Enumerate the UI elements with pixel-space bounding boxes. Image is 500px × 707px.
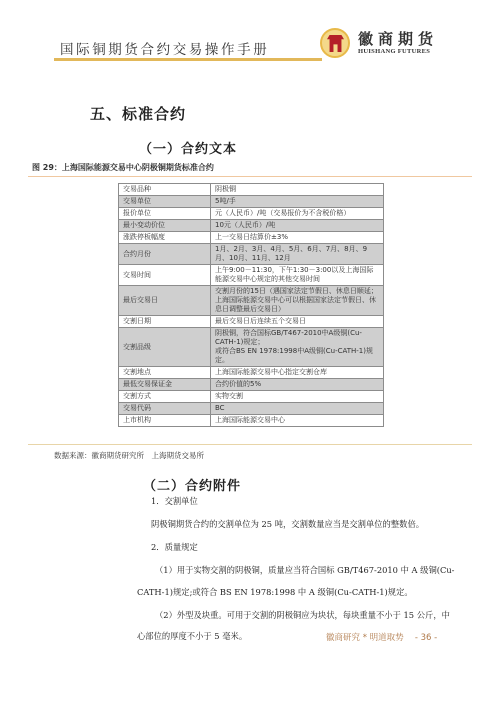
table-row: 交割地点上海国际能源交易中心指定交割仓库 xyxy=(119,367,384,379)
row-key: 最后交易日 xyxy=(119,286,211,316)
row-key: 交割品级 xyxy=(119,328,211,367)
item1-title: 1．交割单位 xyxy=(151,495,198,507)
table-row: 涨跌停板幅度上一交易日结算价±3% xyxy=(119,232,384,244)
table-row: 上市机构上海国际能源交易中心 xyxy=(119,415,384,427)
row-value: 上海国际能源交易中心 xyxy=(211,415,384,427)
contract-table: 交易品种阴极铜交易单位5吨/手报价单位元（人民币）/吨（交易报价为不含税价格）最… xyxy=(118,183,384,427)
row-value: 5吨/手 xyxy=(211,196,384,208)
row-key: 交易品种 xyxy=(119,184,211,196)
table-row: 交易单位5吨/手 xyxy=(119,196,384,208)
table-row: 报价单位元（人民币）/吨（交易报价为不含税价格） xyxy=(119,208,384,220)
row-value: 元（人民币）/吨（交易报价为不含税价格） xyxy=(211,208,384,220)
row-value: 上一交易日结算价±3% xyxy=(211,232,384,244)
table-row: 交割日期最后交易日后连续五个交易日 xyxy=(119,316,384,328)
header-rule xyxy=(54,58,322,61)
row-value: 最后交易日后连续五个交易日 xyxy=(211,316,384,328)
figure-top-rule xyxy=(28,176,472,177)
row-value: 阴极铜，符合国标GB/T467-2010中A级铜(Cu-CATH-1)规定； 或… xyxy=(211,328,384,367)
row-value: 上海国际能源交易中心指定交割仓库 xyxy=(211,367,384,379)
table-row: 交割品级阴极铜，符合国标GB/T467-2010中A级铜(Cu-CATH-1)规… xyxy=(119,328,384,367)
row-value: 实物交割 xyxy=(211,391,384,403)
item2-paragraph2-line2: 心部位的厚度不小于 5 毫米。 xyxy=(137,630,247,642)
item2-paragraph2-line1: （2）外型及块重。可用于交割的阴极铜应为块状，每块重量不小于 15 公斤，中 xyxy=(155,609,450,621)
row-key: 上市机构 xyxy=(119,415,211,427)
row-key: 最低交易保证金 xyxy=(119,379,211,391)
table-row: 最小变动价位10元（人民币）/吨 xyxy=(119,220,384,232)
figure-bottom-rule xyxy=(28,444,472,445)
table-row: 最低交易保证金合约价值的5% xyxy=(119,379,384,391)
row-key: 交割方式 xyxy=(119,391,211,403)
row-value: 上午9:00－11:30，下午1:30－3:00以及上海国际能源交易中心规定的其… xyxy=(211,265,384,286)
logo-chinese-name: 徽商期货 xyxy=(358,28,438,49)
item2-title: 2．质量规定 xyxy=(151,541,198,553)
row-value: BC xyxy=(211,403,384,415)
row-key: 报价单位 xyxy=(119,208,211,220)
subsection-title-contract-text: （一）合约文本 xyxy=(139,138,279,157)
data-source: 数据来源：徽商期货研究所 上海期货交易所 xyxy=(54,450,204,461)
item2-paragraph1-line2: CATH-1)规定;或符合 BS EN 1978:1998 中 A 级铜(Cu-… xyxy=(137,586,413,598)
table-row: 合约月份1月、2月、3月、4月、5月、6月、7月、8月、9月、10月、11月、1… xyxy=(119,244,384,265)
row-key: 交易单位 xyxy=(119,196,211,208)
table-row: 交易时间上午9:00－11:30，下午1:30－3:00以及上海国际能源交易中心… xyxy=(119,265,384,286)
document-title: 国际铜期货合约交易操作手册 xyxy=(60,38,269,58)
row-value: 阴极铜 xyxy=(211,184,384,196)
table-row: 最后交易日交割月份的15日（遇国家法定节假日、休息日顺延；上海国际能源交易中心可… xyxy=(119,286,384,316)
row-value: 合约价值的5% xyxy=(211,379,384,391)
row-key: 最小变动价位 xyxy=(119,220,211,232)
row-key: 交易代码 xyxy=(119,403,211,415)
logo-english-name: HUISHANG FUTURES xyxy=(358,48,430,55)
logo-badge xyxy=(320,28,350,58)
row-key: 交割地点 xyxy=(119,367,211,379)
subsection-title-attachment: （二）合约附件 xyxy=(143,475,283,494)
row-key: 合约月份 xyxy=(119,244,211,265)
row-key: 交易时间 xyxy=(119,265,211,286)
item2-paragraph1-line1: （1）用于实物交割的阴极铜，质量应当符合国标 GB/T467-2010 中 A … xyxy=(155,564,455,576)
figure-caption: 图 29：上海国际能源交易中心阴极铜期货标准合约 xyxy=(32,162,214,173)
section-title: 五、标准合约 xyxy=(90,103,250,124)
item1-text: 阴极铜期货合约的交割单位为 25 吨，交割数量应当是交割单位的整数倍。 xyxy=(151,518,424,530)
page-footer: 徽商研究 * 明道取势 - 36 - xyxy=(326,631,437,643)
company-logo: 徽商期货 HUISHANG FUTURES xyxy=(320,26,450,62)
row-value: 交割月份的15日（遇国家法定节假日、休息日顺延；上海国际能源交易中心可以根据国家… xyxy=(211,286,384,316)
table-row: 交易代码BC xyxy=(119,403,384,415)
table-row: 交易品种阴极铜 xyxy=(119,184,384,196)
row-value: 10元（人民币）/吨 xyxy=(211,220,384,232)
gate-icon xyxy=(327,35,344,52)
table-row: 交割方式实物交割 xyxy=(119,391,384,403)
row-key: 涨跌停板幅度 xyxy=(119,232,211,244)
row-value: 1月、2月、3月、4月、5月、6月、7月、8月、9月、10月、11月、12月 xyxy=(211,244,384,265)
row-key: 交割日期 xyxy=(119,316,211,328)
